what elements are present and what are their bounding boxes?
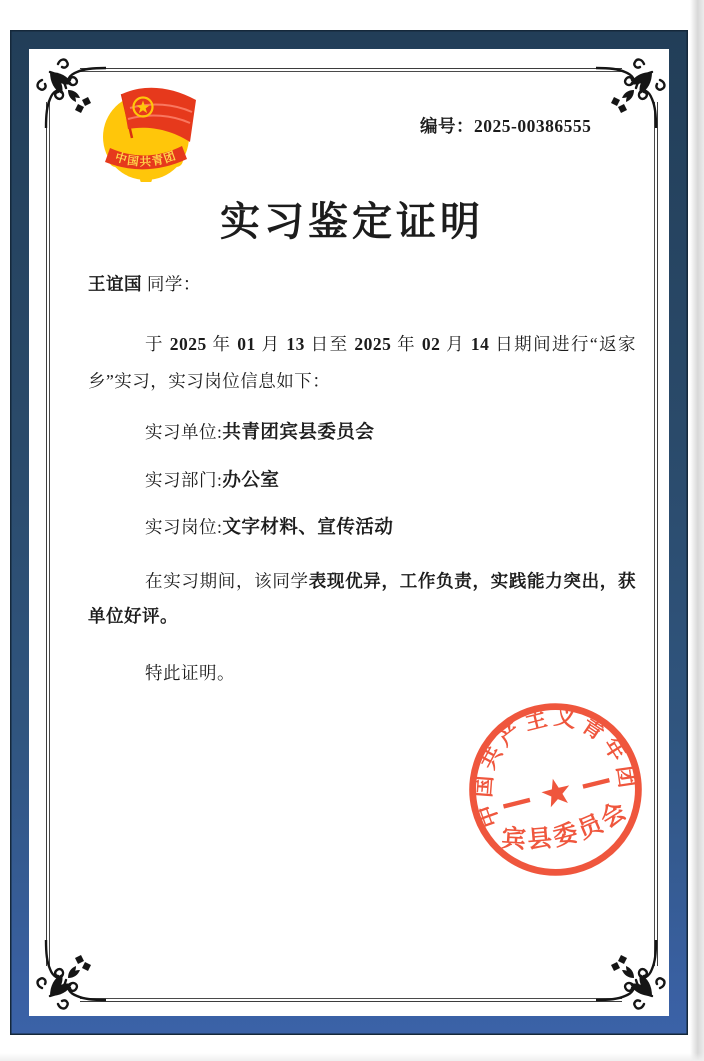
serial-label: 编号： xyxy=(420,116,474,136)
official-seal-icon: 中国共产主义青年团 宾县委员会 xyxy=(458,692,653,887)
serial-value: 2025-00386555 xyxy=(474,116,591,136)
field-internship-unit: 实习单位:共青团宾县委员会 xyxy=(145,418,374,444)
youth-league-emblem-icon: 中国共青团 xyxy=(86,80,218,182)
field-internship-position: 实习岗位:文字材料、宣传活动 xyxy=(145,513,393,539)
closing-statement: 特此证明。 xyxy=(145,660,235,685)
field-value: 共青团宾县委员会 xyxy=(222,421,374,442)
scan-edge-shadow xyxy=(0,1053,704,1061)
corner-flourish-icon xyxy=(596,940,668,1012)
field-value: 办公室 xyxy=(222,469,279,490)
corner-flourish-icon xyxy=(596,56,668,128)
field-label: 实习岗位: xyxy=(145,517,222,537)
evaluation-paragraph: 在实习期间，该同学表现优异，工作负责，实践能力突出，获单位好评。 xyxy=(88,564,636,634)
serial-number: 编号：2025-00386555 xyxy=(420,113,591,138)
corner-flourish-icon xyxy=(34,940,106,1012)
field-label: 实习部门: xyxy=(145,470,222,490)
salutation: 王谊国 同学： xyxy=(88,271,636,296)
certificate-page: 中国共青团 编号：2025-00386555 实习鉴定证明 王谊国 同学： 于 … xyxy=(0,0,704,1061)
field-value: 文字材料、宣传活动 xyxy=(222,516,393,537)
field-label: 实习单位: xyxy=(145,422,222,442)
certificate-title: 实习鉴定证明 xyxy=(0,190,704,247)
scan-edge-shadow xyxy=(690,0,704,1061)
intro-paragraph: 于 2025 年 01 月 13 日至 2025 年 02 月 14 日期间进行… xyxy=(88,326,636,400)
field-internship-department: 实习部门:办公室 xyxy=(145,466,279,492)
